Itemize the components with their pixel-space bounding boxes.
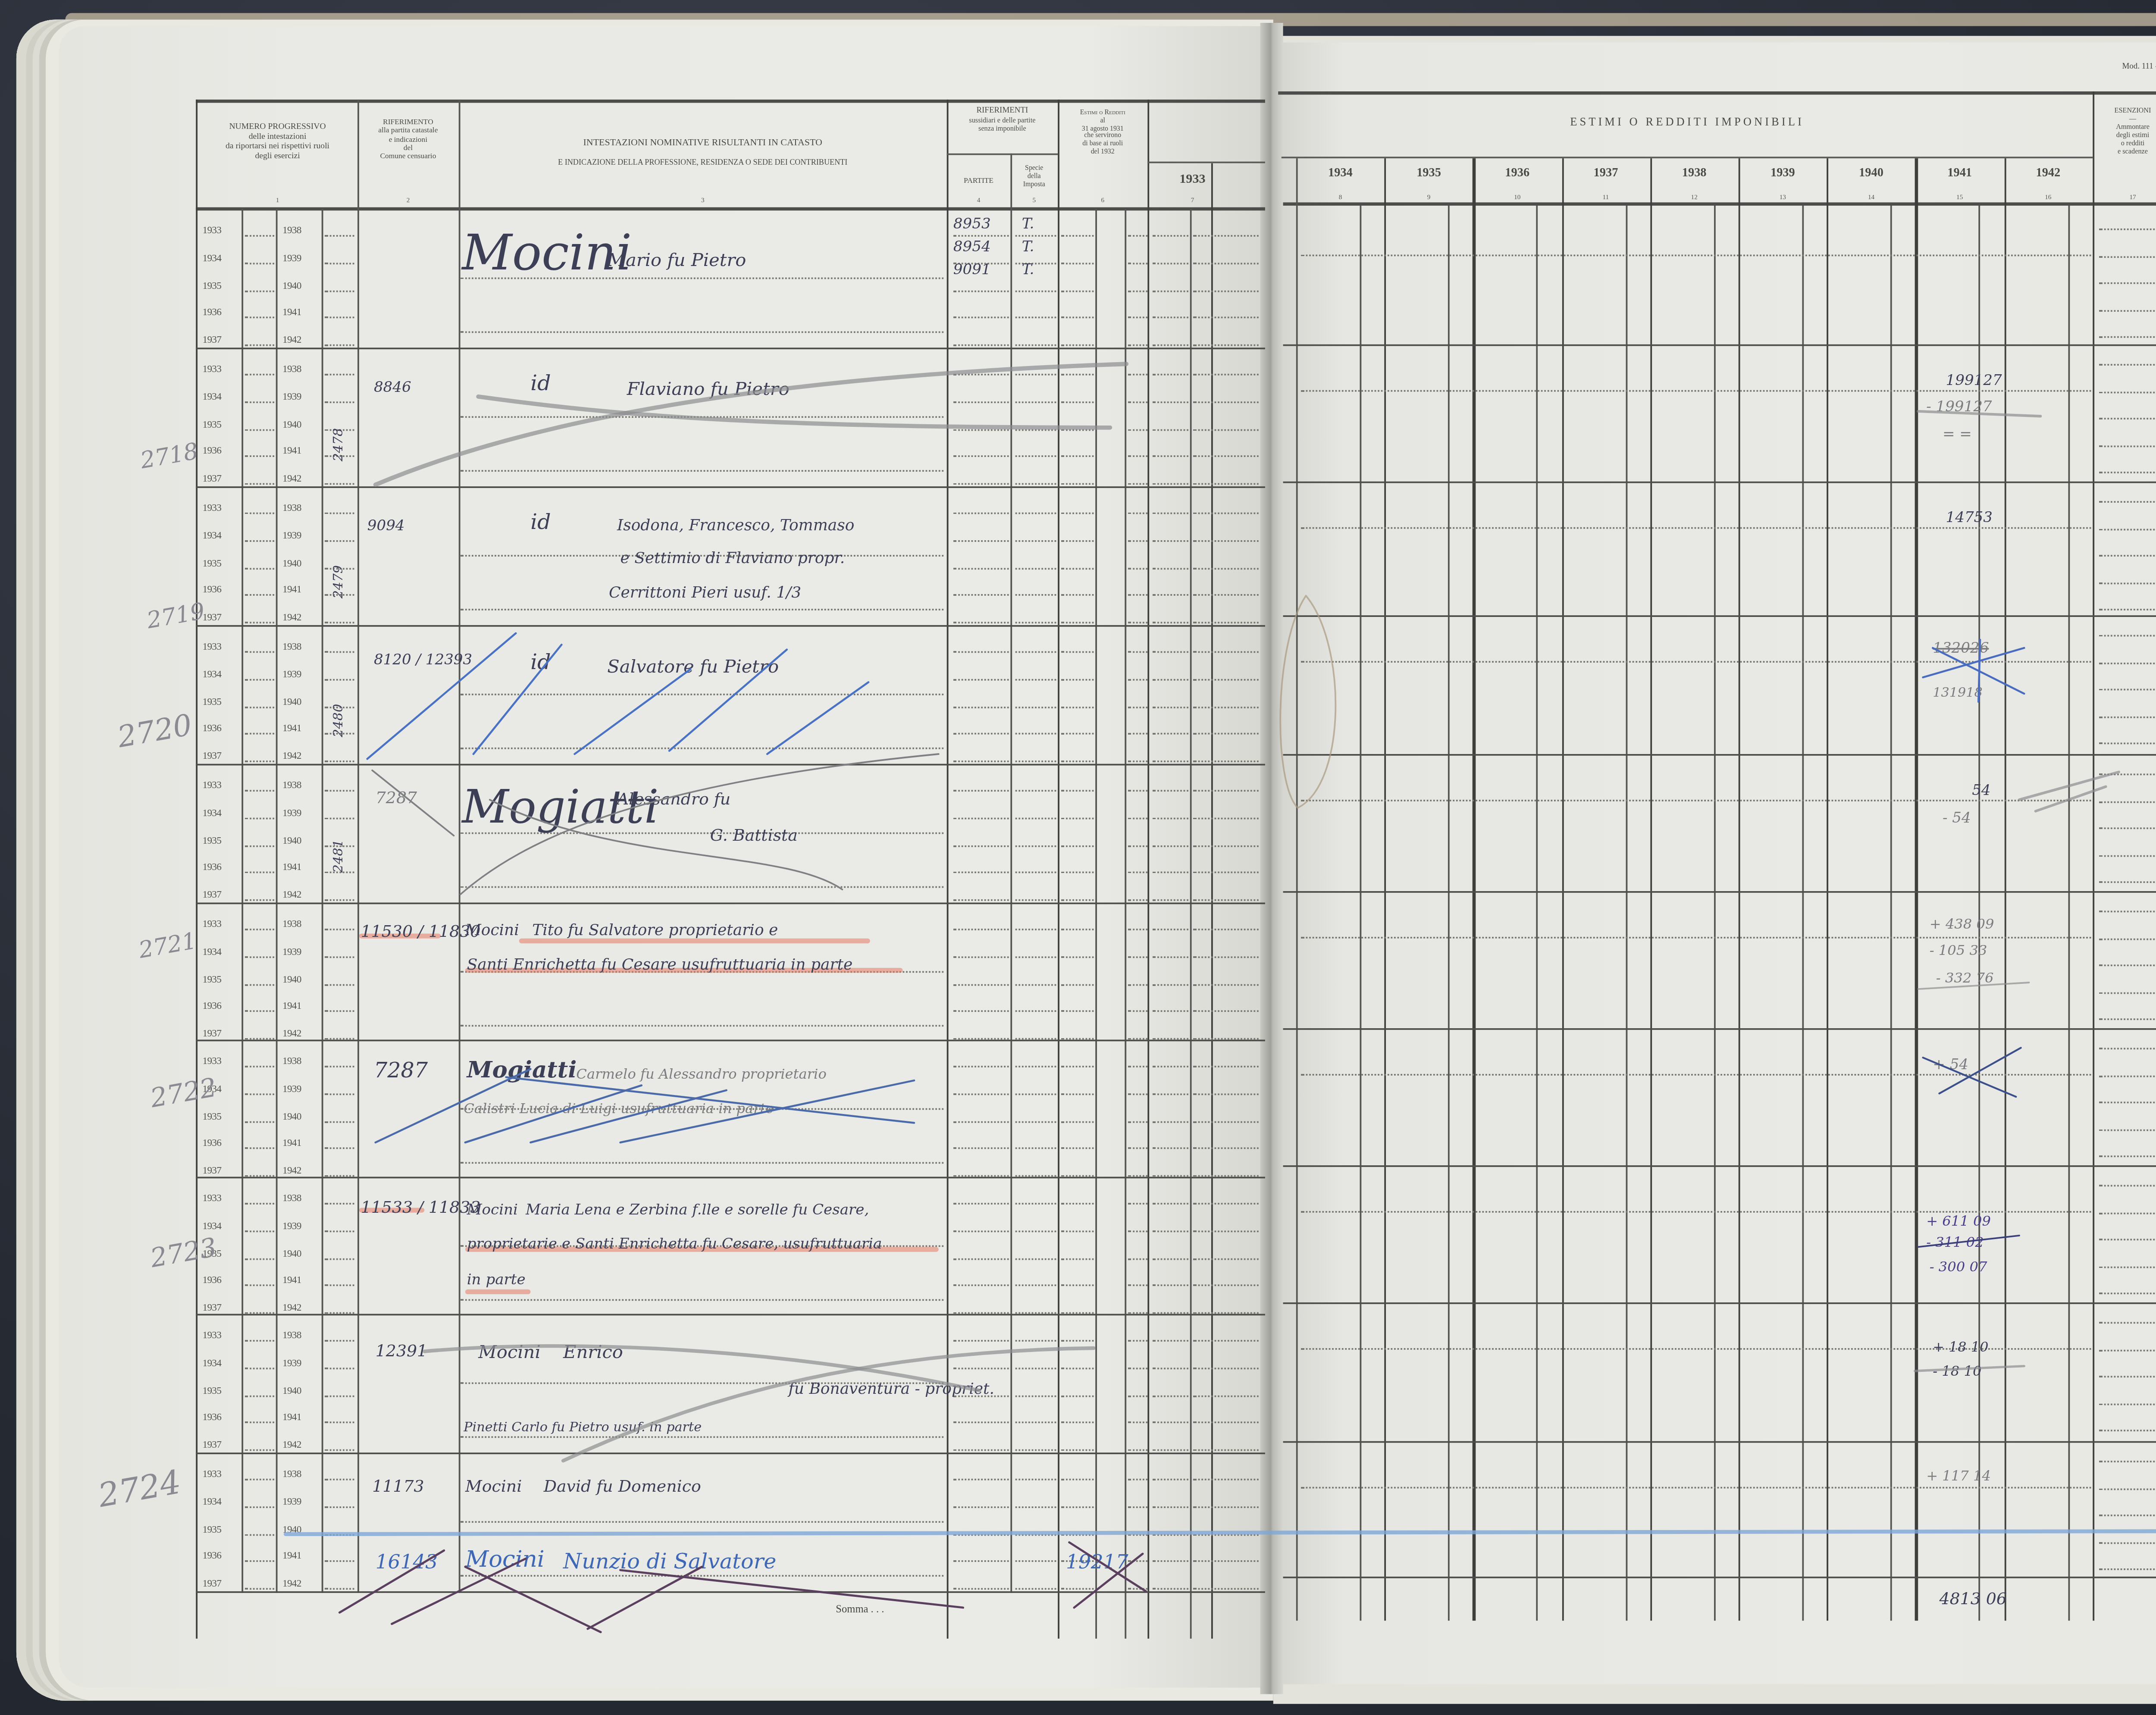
dotted-guide — [245, 1588, 274, 1590]
col-divider — [2093, 91, 2094, 1621]
dotted-guide — [953, 1175, 1009, 1177]
dotted-guide — [1015, 1422, 1056, 1424]
dotted-guide — [1061, 1175, 1094, 1177]
dotted-guide — [1301, 1074, 2091, 1076]
dotted-guide — [1015, 456, 1056, 458]
dotted-guide — [1128, 540, 1147, 541]
column-number: 3 — [459, 196, 947, 204]
dotted-guide — [1061, 317, 1094, 319]
year-label: 1941 — [282, 585, 301, 596]
year-label: 1940 — [282, 835, 301, 846]
year-label: 1939 — [282, 1083, 301, 1095]
year-label: 1936 — [202, 585, 221, 596]
header-col2-sub: Comune censuario — [357, 152, 459, 161]
dotted-guide — [325, 1258, 354, 1259]
dotted-guide — [2099, 1239, 2156, 1240]
dotted-guide — [1153, 651, 1188, 653]
dotted-guide — [325, 1312, 354, 1314]
dotted-guide — [1128, 1285, 1147, 1287]
year-label: 1938 — [282, 1330, 301, 1342]
dotted-guide — [325, 1368, 354, 1369]
dotted-guide — [1153, 263, 1188, 264]
dotted-guide — [953, 1340, 1009, 1342]
dotted-guide — [245, 374, 274, 376]
entry-separator — [1283, 344, 2156, 347]
dotted-guide — [1193, 317, 1258, 319]
dotted-guide — [1301, 527, 2091, 529]
dotted-guide — [245, 1395, 274, 1396]
dotted-guide — [1061, 1479, 1094, 1480]
dotted-guide — [1153, 1038, 1188, 1040]
year-label: 1935 — [202, 1111, 221, 1122]
year-header-1934: 1934 — [1296, 166, 1385, 181]
dotted-guide — [953, 456, 1009, 458]
dotted-guide — [325, 483, 354, 485]
column-number: 12 — [1650, 193, 1739, 201]
year-label: 1941 — [282, 1551, 301, 1563]
dotted-guide — [1193, 956, 1258, 958]
dotted-guide — [953, 595, 1009, 596]
dotted-guide — [245, 900, 274, 901]
dotted-guide — [1128, 1533, 1147, 1535]
estimo-value: = = — [1943, 428, 1972, 444]
year-label: 1941 — [282, 1138, 301, 1149]
entry-separator — [196, 902, 1265, 904]
year-label: 1939 — [282, 391, 301, 403]
dotted-guide — [953, 1561, 1009, 1563]
entry-line2: proprietarie e Santi Enrichetta fu Cesar… — [467, 1237, 882, 1254]
column-number: 15 — [1915, 193, 2004, 201]
dotted-guide — [2099, 1515, 2156, 1516]
dotted-guide — [1153, 1230, 1188, 1232]
dotted-guide — [325, 1422, 354, 1424]
header-col7-year: 1933 — [1147, 171, 1237, 186]
table-top-rule — [196, 100, 1265, 103]
dotted-guide — [2099, 255, 2156, 257]
year-label: 1942 — [282, 1440, 301, 1452]
entry-separator — [196, 1177, 1265, 1179]
year-label: 1936 — [202, 307, 221, 319]
dotted-guide — [1153, 1533, 1188, 1535]
dotted-guide — [1015, 622, 1056, 624]
entry-separator — [1283, 615, 2156, 617]
year-label: 1934 — [202, 669, 221, 680]
dotted-guide — [325, 1395, 354, 1396]
dotted-guide — [1153, 872, 1188, 874]
column-number: 11 — [1561, 193, 1650, 201]
dotted-guide — [1061, 790, 1094, 792]
year-label: 1939 — [282, 1358, 301, 1369]
estimo-value: - 332 76 — [1936, 971, 1994, 987]
dotted-guide — [1193, 263, 1258, 264]
dotted-guide — [1128, 1479, 1147, 1480]
year-label: 1937 — [202, 1578, 221, 1590]
dotted-guide — [325, 900, 354, 901]
dotted-guide — [245, 401, 274, 403]
dotted-guide — [1153, 1175, 1188, 1177]
year-label: 1937 — [202, 1440, 221, 1452]
dotted-guide — [1153, 1258, 1188, 1259]
entry-separator — [1283, 891, 2156, 893]
dotted-guide — [1193, 513, 1258, 514]
dotted-guide — [1015, 651, 1056, 653]
year-label: 1942 — [282, 335, 301, 346]
dotted-guide — [1061, 845, 1094, 846]
entry-partita: 8954 — [953, 240, 991, 256]
col-divider — [1650, 158, 1652, 1621]
dotted-guide — [1061, 1506, 1094, 1508]
dotted-guide — [2099, 1461, 2156, 1462]
dotted-guide — [1061, 540, 1094, 541]
dotted-guide — [1301, 390, 2091, 392]
year-label: 1935 — [202, 1524, 221, 1535]
dotted-guide — [953, 429, 1009, 430]
year-label: 1938 — [282, 780, 301, 792]
dotted-guide — [1015, 1395, 1056, 1396]
year-label: 1941 — [282, 307, 301, 319]
year-label: 1938 — [282, 642, 301, 653]
estimo-value: 132026 — [1933, 642, 1989, 658]
dotted-guide — [245, 540, 274, 541]
dotted-guide — [1153, 1148, 1188, 1150]
year-label: 1933 — [202, 364, 221, 375]
dotted-guide — [245, 1066, 274, 1067]
dotted-guide — [2099, 911, 2156, 912]
dotted-guide — [2099, 336, 2156, 338]
year-label: 1941 — [282, 446, 301, 458]
header-col3: INTESTAZIONI NOMINATIVE RISULTANTI IN CA… — [459, 139, 947, 169]
dotted-guide — [1128, 263, 1147, 264]
dotted-guide — [1015, 790, 1056, 792]
dotted-guide — [1193, 1066, 1258, 1067]
dotted-guide — [1128, 790, 1147, 792]
dotted-guide — [1128, 567, 1147, 569]
col-subdivider — [1625, 206, 1626, 1621]
year-label: 1940 — [282, 1385, 301, 1396]
dotted-guide — [1153, 483, 1188, 485]
column-number: 1 — [197, 196, 357, 204]
dotted-guide — [1193, 706, 1258, 708]
dotted-guide — [2099, 635, 2156, 637]
dotted-guide — [953, 1479, 1009, 1480]
dotted-guide — [1128, 1312, 1147, 1314]
year-label: 1936 — [202, 1551, 221, 1563]
dotted-guide — [1153, 374, 1188, 376]
col-subdivider — [1979, 206, 1981, 1621]
year-label: 1941 — [282, 862, 301, 873]
dotted-guide — [325, 1230, 354, 1232]
header-col6: Estimi o Redditi al 31 agosto 1931 che s… — [1058, 110, 1147, 157]
year-label: 1936 — [202, 1138, 221, 1149]
dotted-guide — [2099, 472, 2156, 473]
dotted-guide — [1193, 1449, 1258, 1451]
dotted-guide — [2099, 1349, 2156, 1351]
dotted-guide — [325, 1340, 354, 1342]
header-col5: Specie della Imposta — [1010, 165, 1058, 188]
dotted-guide — [1015, 1066, 1056, 1067]
dotted-guide — [1128, 235, 1147, 237]
dotted-guide — [1153, 1066, 1188, 1067]
dotted-guide — [1193, 1230, 1258, 1232]
dotted-guide — [953, 790, 1009, 792]
dotted-guide — [953, 1506, 1009, 1508]
dotted-guide — [953, 622, 1009, 624]
year-label: 1937 — [202, 1166, 221, 1177]
year-label: 1936 — [202, 724, 221, 735]
column-number: 10 — [1473, 193, 1561, 201]
entry-name-main: id — [530, 511, 551, 535]
year-header-1935: 1935 — [1385, 166, 1473, 181]
year-label: 1938 — [282, 364, 301, 375]
dotted-guide — [1193, 483, 1258, 485]
dotted-guide — [1128, 1449, 1147, 1451]
year-label: 1936 — [202, 1275, 221, 1286]
dotted-guide — [1193, 344, 1258, 346]
dotted-guide — [1153, 1340, 1188, 1342]
dotted-guide — [1061, 761, 1094, 763]
dotted-guide — [1061, 595, 1094, 596]
col-divider — [1010, 153, 1012, 1593]
dotted-guide — [325, 1120, 354, 1122]
entry-riferimento: 8846 — [374, 380, 411, 397]
dotted-guide — [245, 1285, 274, 1287]
dotted-guide — [1128, 1203, 1147, 1205]
entry-name-rest: Tito fu Salvatore proprietario e — [532, 922, 778, 940]
dotted-guide — [2099, 1403, 2156, 1405]
dotted-guide — [1193, 761, 1258, 763]
dotted-guide — [2099, 938, 2156, 939]
dotted-guide — [245, 317, 274, 319]
dotted-guide — [1301, 661, 2091, 663]
dotted-guide — [2099, 1129, 2156, 1130]
col-divider — [1915, 158, 1917, 1621]
dotted-guide — [1015, 1093, 1056, 1095]
dotted-guide — [325, 1285, 354, 1287]
dotted-guide — [325, 1449, 354, 1451]
year-label: 1934 — [202, 1358, 221, 1369]
dotted-guide — [1015, 290, 1056, 291]
dotted-guide — [953, 872, 1009, 874]
year-label: 1940 — [282, 1524, 301, 1535]
dotted-guide — [1015, 1011, 1056, 1013]
dotted-guide — [1193, 456, 1258, 458]
year-label: 1933 — [202, 1330, 221, 1342]
dotted-guide — [1193, 845, 1258, 846]
entry-name-main: Mocini — [462, 225, 632, 282]
dotted-guide — [1061, 733, 1094, 735]
dotted-guide — [1301, 800, 2091, 801]
dotted-guide — [1015, 1038, 1056, 1040]
year-label: 1942 — [282, 474, 301, 485]
dotted-guide — [1128, 1422, 1147, 1424]
dotted-guide — [1015, 1588, 1056, 1590]
dotted-guide — [1015, 1340, 1056, 1342]
dotted-guide — [245, 817, 274, 819]
dotted-guide — [953, 1285, 1009, 1287]
year-label: 1938 — [282, 503, 301, 514]
entry-name-main: id — [530, 372, 551, 397]
dotted-guide — [953, 929, 1009, 930]
dotted-guide — [1153, 1093, 1188, 1095]
dotted-guide — [1128, 374, 1147, 376]
dotted-guide — [245, 1561, 274, 1563]
dotted-guide — [2099, 1212, 2156, 1214]
dotted-guide — [1061, 483, 1094, 485]
dotted-guide — [1128, 401, 1147, 403]
dotted-guide — [1061, 1395, 1094, 1396]
dotted-guide — [1193, 1479, 1258, 1480]
dotted-guide — [1153, 622, 1188, 624]
entry-name-main: Mogiatti — [467, 1058, 577, 1084]
year-label: 1936 — [202, 446, 221, 458]
year-label: 1934 — [202, 253, 221, 264]
year-label: 1942 — [282, 890, 301, 901]
dotted-guide — [1153, 817, 1188, 819]
dotted-guide — [1015, 540, 1056, 541]
entry-name-rest: Isodona, Francesco, Tommaso — [617, 517, 854, 535]
year-label: 1934 — [202, 1496, 221, 1508]
dotted-guide — [953, 374, 1009, 376]
year-label: 1935 — [202, 557, 221, 569]
dotted-guide — [1015, 1312, 1056, 1314]
dotted-guide — [1153, 1368, 1188, 1369]
dotted-guide — [2099, 742, 2156, 744]
dotted-guide — [2099, 1075, 2156, 1077]
entry-separator — [196, 764, 1265, 766]
dotted-guide — [1061, 1285, 1094, 1287]
col-divider — [276, 209, 277, 1593]
dotted-guide — [2099, 1293, 2156, 1294]
dotted-guide — [245, 567, 274, 569]
dotted-guide — [325, 290, 354, 291]
year-label: 1936 — [202, 862, 221, 873]
subheader-rule — [1147, 162, 1265, 163]
dotted-guide — [2099, 418, 2156, 419]
dotted-guide — [1193, 595, 1258, 596]
dotted-guide — [1015, 1479, 1056, 1480]
dotted-guide — [1128, 1368, 1147, 1369]
entry-separator — [1283, 1302, 2156, 1305]
dotted-guide — [1061, 1312, 1094, 1314]
entry-separator — [196, 1039, 1265, 1042]
estimo-value: - 199127 — [1926, 400, 1992, 416]
dotted-guide — [2099, 827, 2156, 829]
dotted-guide — [2099, 555, 2156, 557]
dotted-guide — [1153, 1395, 1188, 1396]
dotted-guide — [953, 513, 1009, 514]
dotted-guide — [245, 1340, 274, 1342]
dotted-guide — [1153, 1422, 1188, 1424]
entry-line2: Santi Enrichetta fu Cesare usufruttuaria… — [467, 956, 853, 974]
left-page — [59, 26, 1270, 1688]
dotted-guide — [1061, 1588, 1094, 1590]
year-label: 1935 — [202, 696, 221, 707]
year-label: 1941 — [282, 1412, 301, 1424]
dotted-guide — [1015, 1285, 1056, 1287]
dotted-guide — [1153, 1506, 1188, 1508]
col-divider — [1385, 158, 1386, 1621]
col-divider — [1190, 209, 1191, 1639]
dotted-guide — [1128, 929, 1147, 930]
estimo-value: + 438 09 — [1930, 917, 1994, 934]
year-header-1942: 1942 — [2004, 166, 2092, 181]
dotted-guide — [1128, 1038, 1147, 1040]
dotted-guide — [1015, 317, 1056, 319]
dotted-guide — [1193, 1175, 1258, 1177]
dotted-guide — [2099, 528, 2156, 530]
red-pencil-strike — [465, 1289, 530, 1294]
year-label: 1940 — [282, 557, 301, 569]
dotted-guide — [2099, 282, 2156, 284]
col-divider — [322, 209, 323, 1593]
dotted-guide — [461, 1299, 944, 1301]
entry-name-rest: Maria Lena e Zerbina f.lle e sorelle fu … — [526, 1203, 869, 1219]
dotted-guide — [1153, 344, 1188, 346]
dotted-guide — [1301, 255, 2091, 257]
dotted-guide — [1015, 872, 1056, 874]
dotted-guide — [245, 1148, 274, 1150]
entry-separator — [1283, 482, 2156, 484]
year-label: 1937 — [202, 1303, 221, 1314]
dotted-guide — [1193, 290, 1258, 291]
dotted-guide — [1015, 429, 1056, 430]
dotted-guide — [953, 1312, 1009, 1314]
header-bottom-rule — [1283, 202, 2156, 206]
col-subdivider — [1448, 206, 1450, 1621]
column-number: 6 — [1058, 196, 1147, 204]
entry-separator — [196, 1314, 1265, 1316]
col-divider — [947, 100, 949, 1639]
dotted-guide — [1193, 1340, 1258, 1342]
dotted-guide — [1128, 733, 1147, 735]
dotted-guide — [1128, 1588, 1147, 1590]
dotted-guide — [1015, 1120, 1056, 1122]
col-divider — [241, 209, 243, 1593]
dotted-guide — [245, 1093, 274, 1095]
dotted-guide — [461, 1436, 944, 1438]
dotted-guide — [245, 1038, 274, 1040]
year-label: 1939 — [282, 1221, 301, 1232]
entry-partita: 9091 — [953, 263, 991, 279]
dotted-guide — [1193, 1312, 1258, 1314]
dotted-guide — [245, 1011, 274, 1013]
dotted-guide — [1128, 456, 1147, 458]
dotted-guide — [1061, 263, 1094, 264]
dotted-guide — [325, 761, 354, 763]
year-label: 1940 — [282, 419, 301, 430]
col-divider — [1827, 158, 1829, 1621]
dotted-guide — [1015, 513, 1056, 514]
table-top-rule — [1278, 91, 2156, 95]
entry-side-number: 2479 — [331, 565, 345, 598]
year-label: 1942 — [282, 612, 301, 624]
col-divider — [1058, 100, 1059, 1639]
dotted-guide — [953, 1093, 1009, 1095]
estimo-value: - 54 — [1943, 811, 1971, 827]
dotted-guide — [953, 1368, 1009, 1369]
dotted-guide — [953, 235, 1009, 237]
dotted-guide — [461, 1575, 944, 1577]
col-subdivider — [1714, 206, 1715, 1621]
dotted-guide — [2099, 445, 2156, 447]
estimo-value: + 611 09 — [1926, 1214, 1991, 1231]
dotted-guide — [1128, 1230, 1147, 1232]
dotted-guide — [325, 1175, 354, 1177]
somma-1941-total: 4813 06 — [1939, 1591, 2007, 1609]
year-label: 1938 — [282, 1056, 301, 1067]
col-divider — [1296, 158, 1297, 1621]
dotted-guide — [2099, 1488, 2156, 1490]
